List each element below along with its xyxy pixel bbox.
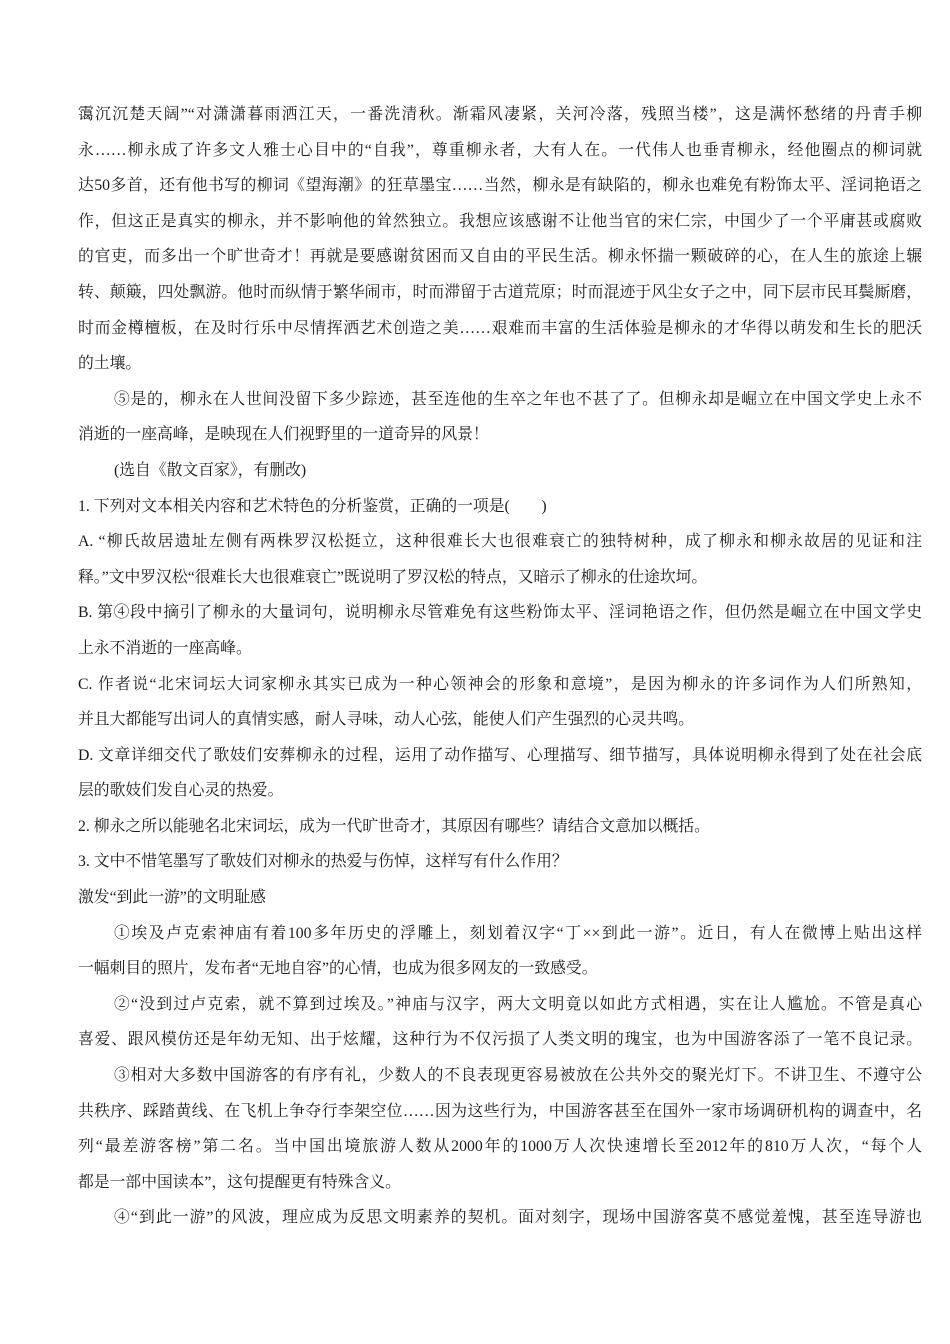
question-2-stem: 2. 柳永之所以能驰名北宋词坛，成为一代旷世奇才，其原因有哪些？请结合文意加以概… [78, 809, 922, 845]
essay-para-5-line-2: 消逝的一座高峰，是映现在人们视野里的一道奇异的风景！ [78, 417, 922, 453]
essay-line-4: 作，但这正是真实的柳永，并不影响他的耸然独立。我想应该感谢不让他当官的宋仁宗，中… [78, 204, 922, 240]
para-3-line-3: 列“最差游客榜”第二名。当中国出境旅游人数从2000年的1000万人次快速增长至… [78, 1129, 922, 1165]
essay-line-3: 达50多首，还有他书写的柳词《望海潮》的狂草墨宝……当然，柳永是有缺陷的，柳永也… [78, 168, 922, 204]
para-2-line-1: ②“没到过卢克索，就不算到过埃及。”神庙与汉字，两大文明竟以如此方式相遇，实在让… [78, 987, 922, 1023]
essay-line-1: 霭沉沉楚天阔”“对潇潇暮雨洒江天，一番洗清秋。渐霜风凄紧，关河冷落，残照当楼”，… [78, 97, 922, 133]
question-3-stem: 3. 文中不惜笔墨写了歌妓们对柳永的热爱与伤悼，这样写有什么作用？ [78, 844, 922, 880]
essay-line-2: 永……柳永成了许多文人雅士心目中的“自我”，尊重柳永者，大有人在。一代伟人也垂青… [78, 133, 922, 169]
para-3-line-2: 共秩序、踩踏黄线、在飞机上争夺行李架空位……因为这些行为，中国游客甚至在国外一家… [78, 1094, 922, 1130]
essay-line-6: 转、颠簸，四处飘游。他时而纵情于繁华闹市，时而滞留于古道荒原；时而混迹于风尘女子… [78, 275, 922, 311]
source-note: (选自《散文百家》，有删改) [78, 453, 922, 489]
para-3-line-4: 都是一部中国读本”，这句提醒更有特殊含义。 [78, 1165, 922, 1201]
para-1-line-1: ①埃及卢克索神庙有着100多年历史的浮雕上，刻划着汉字“丁××到此一游”。近日，… [78, 916, 922, 952]
para-2-line-2: 喜爱、跟风模仿还是年幼无知、出于炫耀，这种行为不仅污损了人类文明的瑰宝，也为中国… [78, 1022, 922, 1058]
option-d-line-1: D. 文章详细交代了歌妓们安葬柳永的过程，运用了动作描写、心理描写、细节描写，具… [78, 738, 922, 774]
option-b-line-1: B. 第④段中摘引了柳永的大量词句，说明柳永尽管难免有这些粉饰太平、淫词艳语之作… [78, 595, 922, 631]
option-a-line-2: 释。”文中罗汉松“很难长大也很难衰亡”既说明了罗汉松的特点，又暗示了柳永的仕途坎… [78, 560, 922, 596]
para-3-line-1: ③相对大多数中国游客的有序有礼，少数人的不良表现更容易被放在公共外交的聚光灯下。… [78, 1058, 922, 1094]
essay-line-5: 的官吏，而多出一个旷世奇才！再就是要感谢贫困而又自由的平民生活。柳永怀揣一颗破碎… [78, 239, 922, 275]
document-page: 霭沉沉楚天阔”“对潇潇暮雨洒江天，一番洗清秋。渐霜风凄紧，关河冷落，残照当楼”，… [0, 0, 950, 1344]
option-d-line-2: 层的歌妓们发自心灵的热爱。 [78, 773, 922, 809]
passage-2-title: 激发“到此一游”的文明耻感 [78, 880, 922, 916]
option-c-line-1: C. 作者说“北宋词坛大词家柳永其实已成为一种心领神会的形象和意境”，是因为柳永… [78, 667, 922, 703]
option-b-line-2: 上永不消逝的一座高峰。 [78, 631, 922, 667]
essay-para-5-line-1: ⑤是的，柳永在人世间没留下多少踪迹，甚至连他的生卒之年也不甚了了。但柳永却是崛立… [78, 382, 922, 418]
essay-line-7: 时而金樽檀板，在及时行乐中尽情挥洒艺术创造之美……艰难而丰富的生活体验是柳永的才… [78, 311, 922, 347]
para-1-line-2: 一幅刺目的照片，发布者“无地自容”的心情，也成为很多网友的一致感受。 [78, 951, 922, 987]
document-content: 霭沉沉楚天阔”“对潇潇暮雨洒江天，一番洗清秋。渐霜风凄紧，关河冷落，残照当楼”，… [78, 97, 922, 1236]
essay-line-8: 的土壤。 [78, 346, 922, 382]
question-1-stem: 1. 下列对文本相关内容和艺术特色的分析鉴赏，正确的一项是( ) [78, 489, 922, 525]
option-c-line-2: 并且大都能写出词人的真情实感，耐人寻味，动人心弦，能使人们产生强烈的心灵共鸣。 [78, 702, 922, 738]
option-a-line-1: A. “柳氏故居遗址左侧有两株罗汉松挺立，这种很难长大也很难衰亡的独特树种，成了… [78, 524, 922, 560]
para-4-line-1: ④“到此一游”的风波，理应成为反思文明素养的契机。面对刻字，现场中国游客莫不感觉… [78, 1200, 922, 1236]
